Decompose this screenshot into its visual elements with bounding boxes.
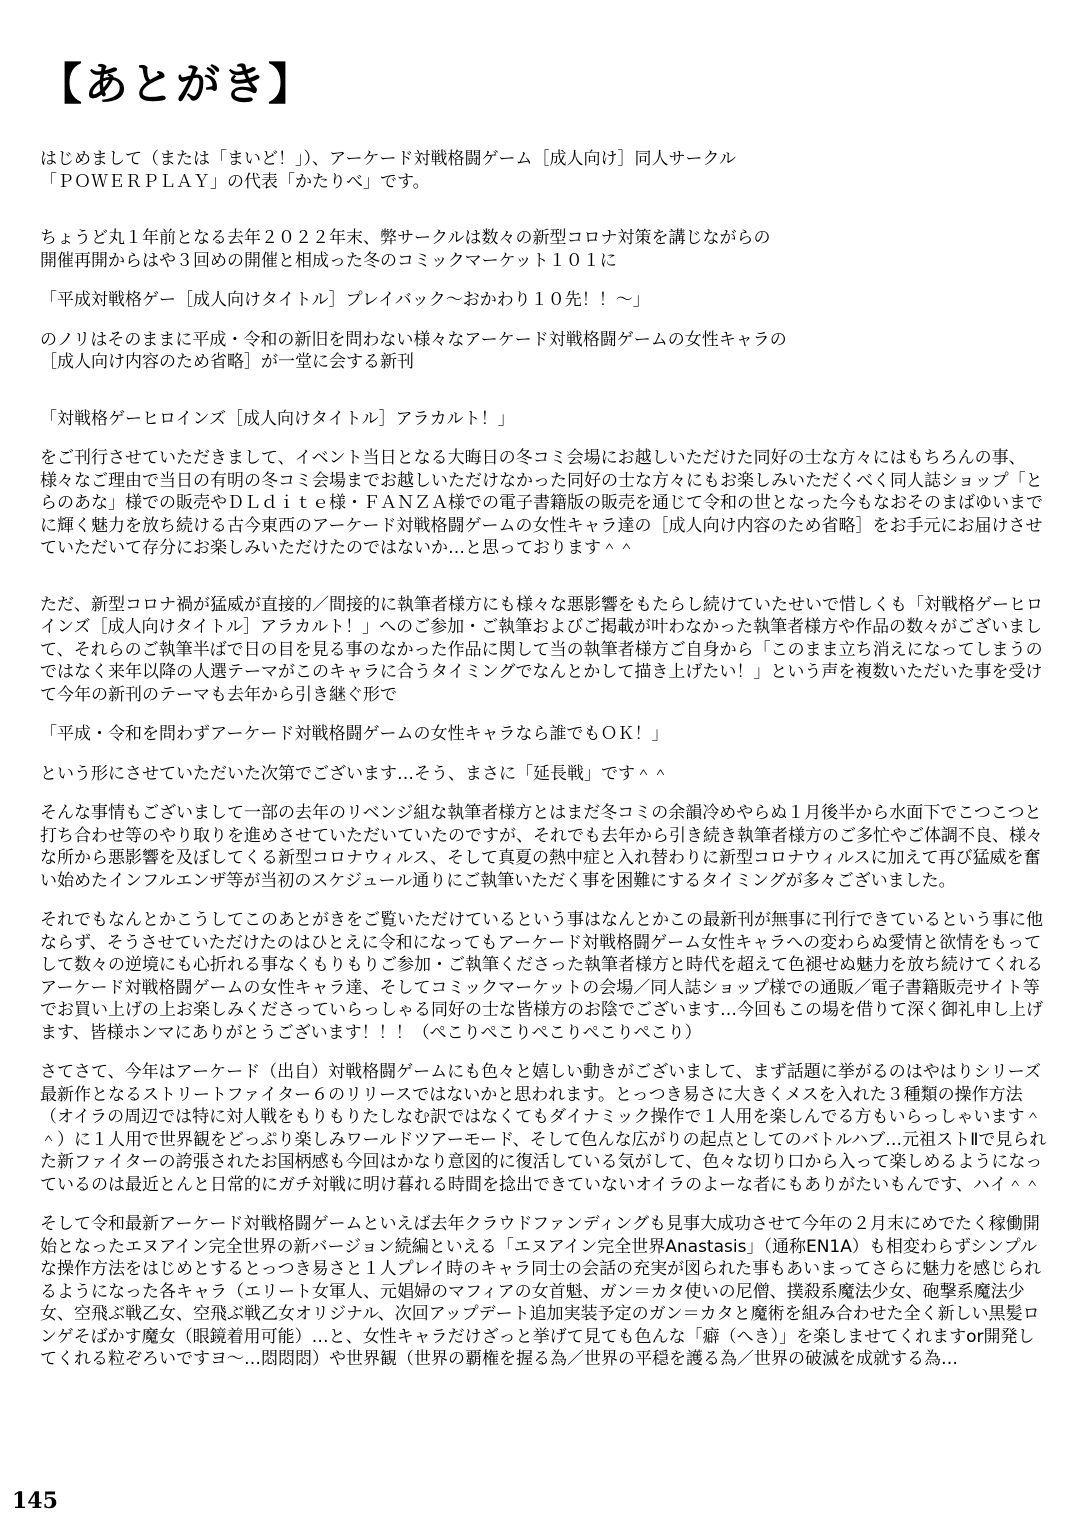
page-title: 【あとがき】 (38, 48, 314, 112)
paragraph-concept: のノリはそのままに平成・令和の新旧を問わない様々なアーケード対戦格闘ゲームの女性… (40, 329, 1050, 374)
paragraph-previous-title: 「平成対戦格ゲー［成人向けタイトル］プレイバック～おかわり１０先！！～」 (40, 289, 1050, 312)
paragraph-intro: はじめまして（または「まいど！」）、アーケード対戦格闘ゲーム［成人向け］同人サー… (40, 148, 1050, 193)
paragraph-last-year: ちょうど丸１年前となる去年２０２２年末、弊サークルは数々の新型コロナ対策を講じな… (40, 227, 1050, 272)
document-page: 【あとがき】 はじめまして（または「まいど！」）、アーケード対戦格闘ゲーム［成人… (0, 0, 1080, 1525)
paragraph-extension: という形にさせていただいた次第でございます…そう、まさに「延長戦」です＾＾ (40, 763, 1050, 786)
paragraph-circumstances: そんな事情もございまして一部の去年のリベンジ組な執筆者様方とはまだ冬コミの余韻冷… (40, 802, 1050, 892)
page-number: 145 (12, 1488, 58, 1514)
afterword-body: はじめまして（または「まいど！」）、アーケード対戦格闘ゲーム［成人向け］同人サー… (40, 148, 1050, 1388)
paragraph-thanks: それでもなんとかこうしてこのあとがきをご覧いただけているという事はなんとかこの最… (40, 909, 1050, 1044)
paragraph-sf6: さてさて、今年はアーケード（出自）対戦格闘ゲームにも色々と嬉しい動きがございまし… (40, 1061, 1050, 1196)
paragraph-theme: 「平成・令和を問わずアーケード対戦格闘ゲームの女性キャラなら誰でもＯＫ！」 (40, 723, 1050, 746)
paragraph-release: をご刊行させていただきまして、イベント当日となる大晦日の冬コミ会場にお越しいただ… (40, 447, 1050, 560)
paragraph-covid: ただ、新型コロナ禍が猛威が直接的／間接的に執筆者様方にも様々な悪影響をもたらし続… (40, 594, 1050, 707)
paragraph-en1a: そして令和最新アーケード対戦格闘ゲームといえば去年クラウドファンディングも見事大… (40, 1213, 1050, 1371)
paragraph-book-title: 「対戦格ゲーヒロインズ［成人向けタイトル］アラカルト！」 (40, 408, 1050, 431)
